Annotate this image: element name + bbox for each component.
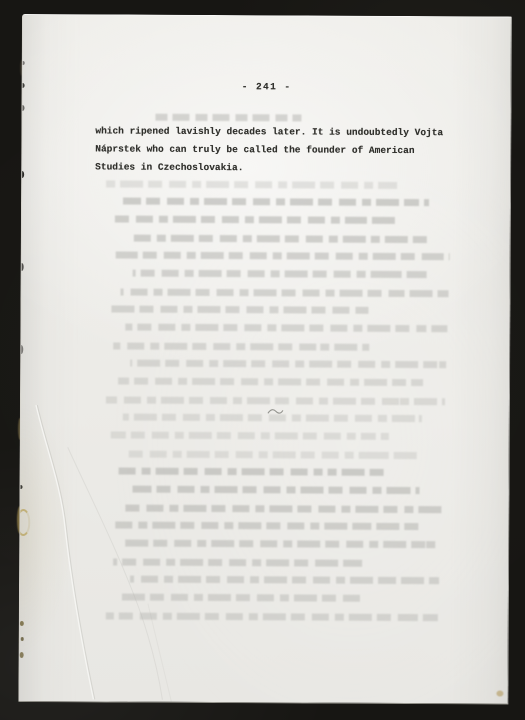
body-text: which ripened lavishly decades later. It… [95, 122, 443, 178]
bleedthrough-line [118, 378, 423, 387]
smudge-mark [267, 407, 285, 416]
paragraph-line: Náprstek who can truly be called the fou… [95, 140, 443, 160]
bleedthrough-line [123, 198, 429, 207]
foxing-spot [21, 637, 24, 641]
bleedthrough-line [106, 612, 438, 621]
bleedthrough-line [121, 289, 449, 298]
torn-edge-notch [20, 105, 24, 111]
scan-background: - 241 - which ripened lavishly decades l… [0, 0, 525, 720]
bleedthrough-line [106, 180, 397, 189]
bleedthrough-line [116, 251, 450, 260]
bleedthrough-line [111, 431, 389, 439]
bleedthrough-line [130, 576, 439, 585]
torn-edge-notches [23, 15, 511, 18]
bleedthrough-line [118, 594, 361, 602]
bleedthrough-line [111, 215, 396, 223]
torn-edge-notch [19, 485, 23, 489]
bleedthrough-line [108, 521, 418, 530]
bleedthrough-line [108, 305, 370, 313]
foxing-spot [20, 621, 24, 626]
paragraph-line: which ripened lavishly decades later. It… [95, 122, 443, 142]
bleedthrough-line [120, 505, 441, 514]
page-number: - 241 - [23, 80, 511, 94]
document-page: - 241 - which ripened lavishly decades l… [18, 14, 512, 705]
bleedthrough-line [113, 342, 369, 350]
torn-edge-notch [19, 345, 23, 354]
bleedthrough-line [128, 235, 428, 244]
corner-stain [496, 690, 503, 696]
bleedthrough-line [133, 270, 427, 279]
bleedthrough-text [23, 15, 511, 18]
bleedthrough-line [116, 467, 388, 475]
torn-edge-notch [20, 171, 24, 178]
bleedthrough-line [125, 324, 447, 333]
bleedthrough-line [128, 451, 421, 460]
bleedthrough-line [132, 486, 419, 495]
bleedthrough-line [113, 558, 362, 566]
bleedthrough-partial-line [155, 114, 301, 122]
bleedthrough-line [106, 396, 445, 405]
binding-stain-ring [18, 509, 30, 536]
foxing-spot [20, 652, 24, 658]
torn-edge-notch [20, 263, 24, 271]
bleedthrough-line [130, 360, 446, 369]
paragraph-line: Studies in Czechoslovakia. [95, 158, 443, 178]
bleedthrough-line [125, 540, 440, 549]
torn-edge-notch [21, 61, 25, 65]
